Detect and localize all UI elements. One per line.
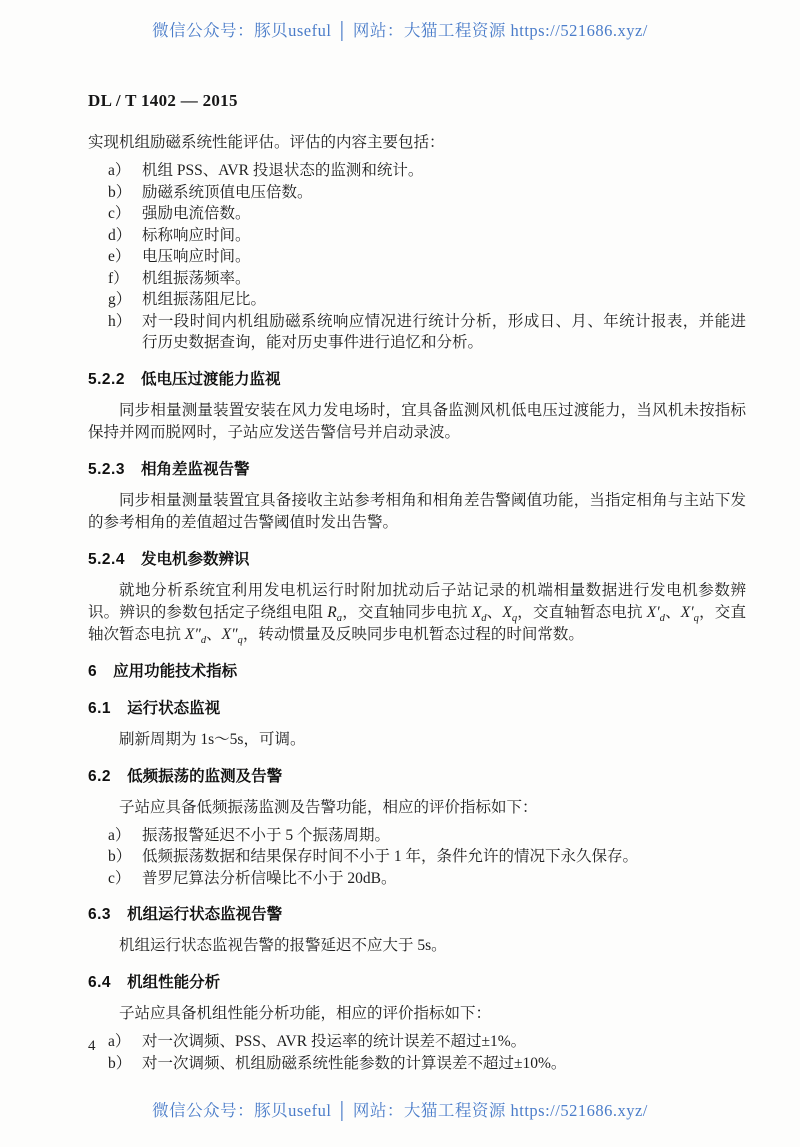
section-title: 低频振荡的监测及告警 <box>127 768 282 785</box>
section-title: 应用功能技术指标 <box>113 663 237 680</box>
list-item-marker: e） <box>108 246 142 268</box>
section-number: 5.2.2 <box>88 371 125 388</box>
section-title: 机组运行状态监视告警 <box>127 906 282 923</box>
section-heading: 5.2.4发电机参数辨识 <box>88 549 746 571</box>
section-number: 6.4 <box>88 974 111 991</box>
watermark-top: 微信公众号：豚贝useful │ 网站：大猫工程资源 https://52168… <box>0 17 800 41</box>
paragraph: 同步相量测量装置宜具备接收主站参考相角和相角差告警阈值功能，当指定相角与主站下发… <box>88 490 746 534</box>
list-item: c）普罗尼算法分析信噪比不小于 20dB。 <box>88 868 746 890</box>
list-item-marker: b） <box>108 1053 142 1075</box>
list-item-text: 电压响应时间。 <box>142 246 746 268</box>
list-item: b）低频振荡数据和结果保存时间不小于 1 年，条件允许的情况下永久保存。 <box>88 846 746 868</box>
paragraph: 就地分析系统宜利用发电机运行时附加扰动后子站记录的机端相量数据进行发电机参数辨识… <box>88 580 746 646</box>
list-item: a）机组 PSS、AVR 投退状态的监测和统计。 <box>88 160 746 182</box>
list-item-marker: g） <box>108 289 142 311</box>
list-item-text: 对一次调频、机组励磁系统性能参数的计算误差不超过±10%。 <box>142 1053 746 1075</box>
list-item-text: 振荡报警延迟不小于 5 个振荡周期。 <box>142 825 746 847</box>
list-item-marker: a） <box>108 1031 142 1053</box>
section-number: 6.2 <box>88 768 111 785</box>
list-item-marker: f） <box>108 268 142 290</box>
list-item: b）励磁系统顶值电压倍数。 <box>88 182 746 204</box>
list-item-marker: b） <box>108 846 142 868</box>
list-item-marker: c） <box>108 868 142 890</box>
list-item: a）振荡报警延迟不小于 5 个振荡周期。 <box>88 825 746 847</box>
section-heading: 6.1运行状态监视 <box>88 698 746 720</box>
list-item-marker: b） <box>108 182 142 204</box>
paragraph: 同步相量测量装置安装在风力发电场时，宜具备监测风机低电压过渡能力，当风机未按指标… <box>88 400 746 444</box>
section-title: 低电压过渡能力监视 <box>141 371 281 388</box>
page-number: 4 <box>88 1038 96 1055</box>
list-item: a）对一次调频、PSS、AVR 投运率的统计误差不超过±1%。 <box>88 1031 746 1053</box>
list-item-marker: a） <box>108 160 142 182</box>
list-item: g）机组振荡阻尼比。 <box>88 289 746 311</box>
section-title: 运行状态监视 <box>127 700 220 717</box>
list-item: h）对一段时间内机组励磁系统响应情况进行统计分析，形成日、月、年统计报表，并能进… <box>88 311 746 354</box>
paragraph: 实现机组励磁系统性能评估。评估的内容主要包括： <box>88 132 746 154</box>
list-item: c）强励电流倍数。 <box>88 203 746 225</box>
list-item: f）机组振荡频率。 <box>88 268 746 290</box>
list-item-text: 低频振荡数据和结果保存时间不小于 1 年，条件允许的情况下永久保存。 <box>142 846 746 868</box>
list-item-text: 励磁系统顶值电压倍数。 <box>142 182 746 204</box>
section-heading: 6.4机组性能分析 <box>88 972 746 994</box>
section-number: 6.1 <box>88 700 111 717</box>
section-number: 6.3 <box>88 906 111 923</box>
paragraph: 子站应具备低频振荡监测及告警功能，相应的评价指标如下： <box>88 797 746 819</box>
list-item-text: 标称响应时间。 <box>142 225 746 247</box>
list-item-marker: d） <box>108 225 142 247</box>
list-item: e）电压响应时间。 <box>88 246 746 268</box>
section-title: 机组性能分析 <box>127 974 220 991</box>
list-item-marker: c） <box>108 203 142 225</box>
section-number: 5.2.4 <box>88 551 125 568</box>
section-heading: 5.2.2低电压过渡能力监视 <box>88 369 746 391</box>
section-number: 5.2.3 <box>88 461 125 478</box>
paragraph: 子站应具备机组性能分析功能，相应的评价指标如下： <box>88 1003 746 1025</box>
list-item-text: 强励电流倍数。 <box>142 203 746 225</box>
list-item-text: 普罗尼算法分析信噪比不小于 20dB。 <box>142 868 746 890</box>
watermark-bottom: 微信公众号：豚贝useful │ 网站：大猫工程资源 https://52168… <box>0 1097 800 1121</box>
section-title: 相角差监视告警 <box>141 461 250 478</box>
list-item-text: 对一段时间内机组励磁系统响应情况进行统计分析，形成日、月、年统计报表，并能进行历… <box>142 311 746 354</box>
section-heading: 6.2低频振荡的监测及告警 <box>88 766 746 788</box>
list-item-marker: a） <box>108 825 142 847</box>
list-item: d）标称响应时间。 <box>88 225 746 247</box>
list-item-text: 机组振荡频率。 <box>142 268 746 290</box>
doc-body: 实现机组励磁系统性能评估。评估的内容主要包括：a）机组 PSS、AVR 投退状态… <box>88 126 746 1074</box>
section-number: 6 <box>88 663 97 680</box>
paragraph: 刷新周期为 1s～5s，可调。 <box>88 729 746 751</box>
list-item-marker: h） <box>108 311 142 354</box>
doc-code: DL / T 1402 — 2015 <box>88 91 238 111</box>
document-page: 微信公众号：豚贝useful │ 网站：大猫工程资源 https://52168… <box>0 0 800 1147</box>
paragraph: 机组运行状态监视告警的报警延迟不应大于 5s。 <box>88 935 746 957</box>
section-title: 发电机参数辨识 <box>141 551 250 568</box>
list-item-text: 对一次调频、PSS、AVR 投运率的统计误差不超过±1%。 <box>142 1031 746 1053</box>
section-heading: 6应用功能技术指标 <box>88 661 746 683</box>
list-item-text: 机组 PSS、AVR 投退状态的监测和统计。 <box>142 160 746 182</box>
section-heading: 6.3机组运行状态监视告警 <box>88 904 746 926</box>
list-item: b）对一次调频、机组励磁系统性能参数的计算误差不超过±10%。 <box>88 1053 746 1075</box>
list-item-text: 机组振荡阻尼比。 <box>142 289 746 311</box>
section-heading: 5.2.3相角差监视告警 <box>88 459 746 481</box>
